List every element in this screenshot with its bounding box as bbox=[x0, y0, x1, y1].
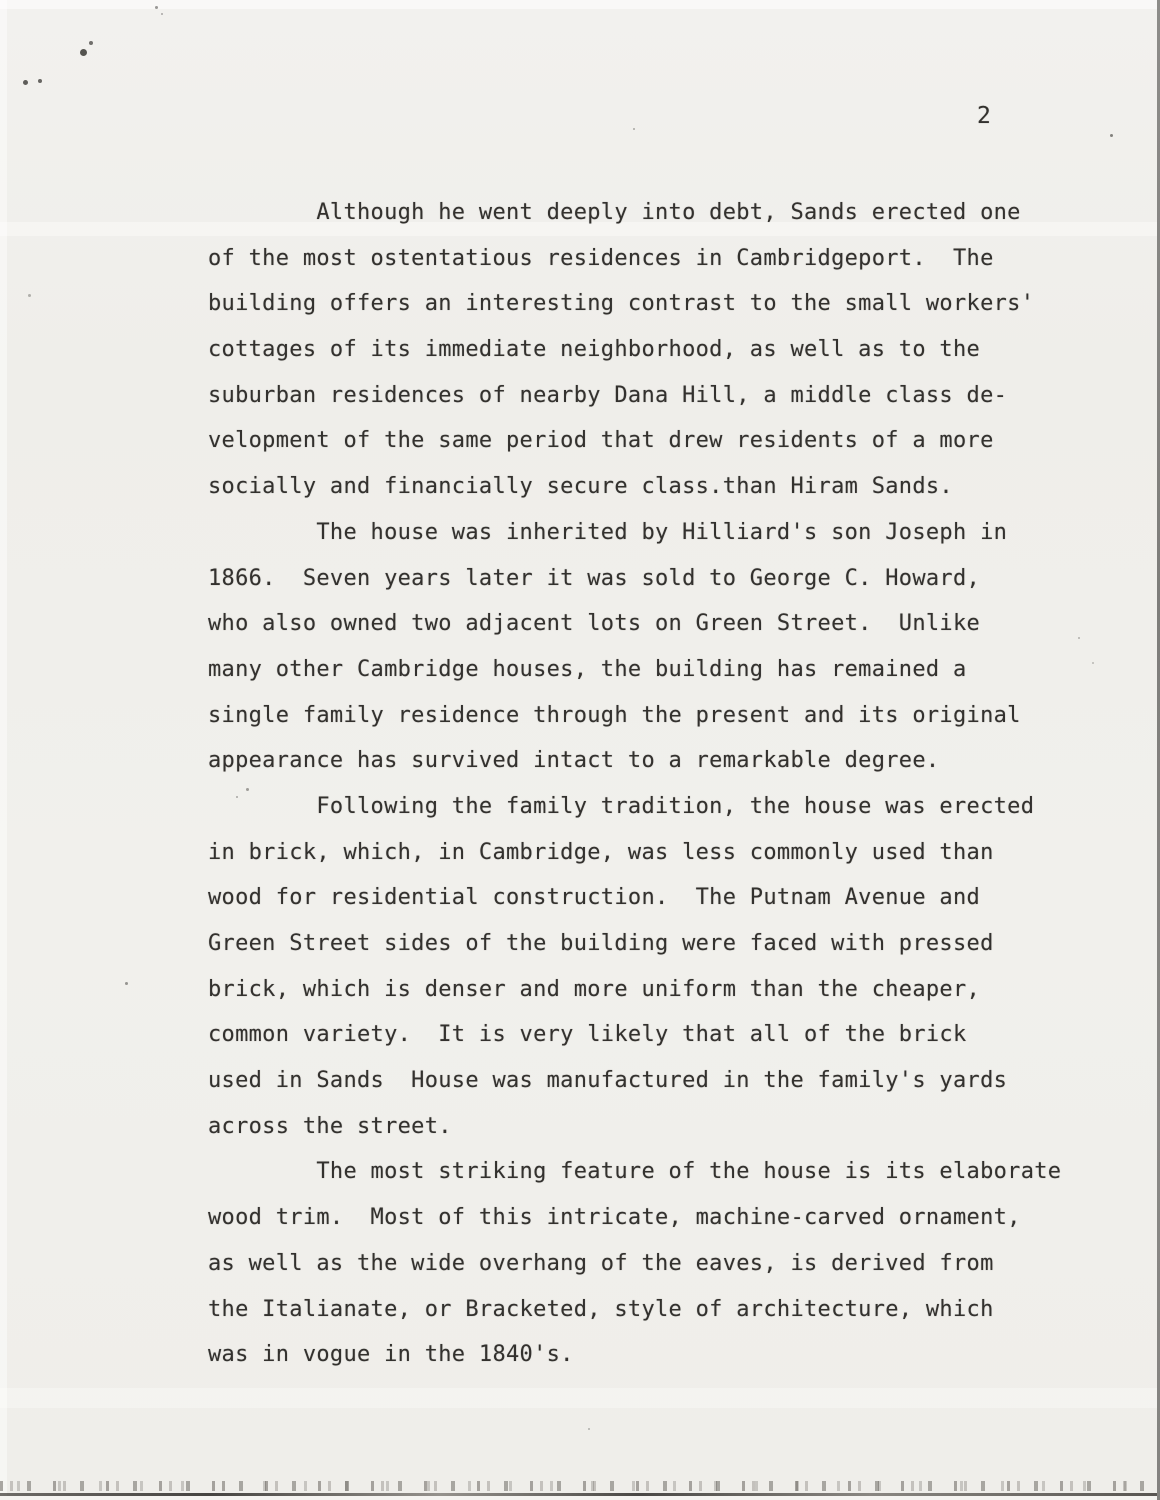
scan-edge-white bbox=[0, 1496, 1160, 1500]
text-line: cottages of its immediate neighborhood, … bbox=[208, 327, 1128, 373]
ink-speck bbox=[633, 128, 635, 130]
ink-speck bbox=[588, 1428, 590, 1430]
ink-speck bbox=[125, 982, 128, 985]
ink-speck bbox=[1078, 637, 1080, 639]
text-line: as well as the wide overhang of the eave… bbox=[208, 1241, 1128, 1287]
ink-speck bbox=[246, 788, 249, 791]
ink-speck bbox=[1110, 134, 1113, 137]
text-line: in brick, which, in Cambridge, was less … bbox=[208, 830, 1128, 876]
text-line: brick, which is denser and more uniform … bbox=[208, 967, 1128, 1013]
text-line: used in Sands House was manufactured in … bbox=[208, 1058, 1128, 1104]
text-line: The most striking feature of the house i… bbox=[208, 1149, 1128, 1195]
text-line: velopment of the same period that drew r… bbox=[208, 418, 1128, 464]
text-line: across the street. bbox=[208, 1104, 1128, 1150]
text-line: wood for residential construction. The P… bbox=[208, 875, 1128, 921]
text-line: Following the family tradition, the hous… bbox=[208, 784, 1128, 830]
text-line: Green Street sides of the building were … bbox=[208, 921, 1128, 967]
ink-speck bbox=[1092, 662, 1094, 664]
text-line: wood trim. Most of this intricate, machi… bbox=[208, 1195, 1128, 1241]
ink-speck bbox=[89, 41, 93, 45]
ink-speck bbox=[161, 13, 163, 15]
ink-speck bbox=[38, 79, 42, 83]
text-line: appearance has survived intact to a rema… bbox=[208, 738, 1128, 784]
text-line: common variety. It is very likely that a… bbox=[208, 1012, 1128, 1058]
text-line: many other Cambridge houses, the buildin… bbox=[208, 647, 1128, 693]
text-line: 1866. Seven years later it was sold to G… bbox=[208, 556, 1128, 602]
ink-speck bbox=[28, 294, 31, 297]
text-line: of the most ostentatious residences in C… bbox=[208, 236, 1128, 282]
text-block: Although he went deeply into debt, Sands… bbox=[208, 190, 1128, 1378]
ink-speck bbox=[155, 6, 158, 9]
scan-band bbox=[0, 0, 1160, 9]
scan-edge-noise bbox=[0, 1481, 1160, 1491]
ink-speck bbox=[236, 796, 238, 798]
scanned-page: 2 Although he went deeply into debt, San… bbox=[0, 0, 1160, 1500]
ink-speck bbox=[23, 80, 28, 85]
text-line: The house was inherited by Hilliard's so… bbox=[208, 510, 1128, 556]
text-line: building offers an interesting contrast … bbox=[208, 281, 1128, 327]
page-number: 2 bbox=[977, 103, 991, 129]
text-line: socially and financially secure class.th… bbox=[208, 464, 1128, 510]
text-line: who also owned two adjacent lots on Gree… bbox=[208, 601, 1128, 647]
text-line: was in vogue in the 1840's. bbox=[208, 1332, 1128, 1378]
scan-band bbox=[0, 1388, 1160, 1408]
text-line: single family residence through the pres… bbox=[208, 693, 1128, 739]
scan-edge-left bbox=[0, 0, 7, 1500]
ink-speck bbox=[80, 49, 87, 56]
text-line: the Italianate, or Bracketed, style of a… bbox=[208, 1287, 1128, 1333]
text-line: Although he went deeply into debt, Sands… bbox=[208, 190, 1128, 236]
text-line: suburban residences of nearby Dana Hill,… bbox=[208, 373, 1128, 419]
